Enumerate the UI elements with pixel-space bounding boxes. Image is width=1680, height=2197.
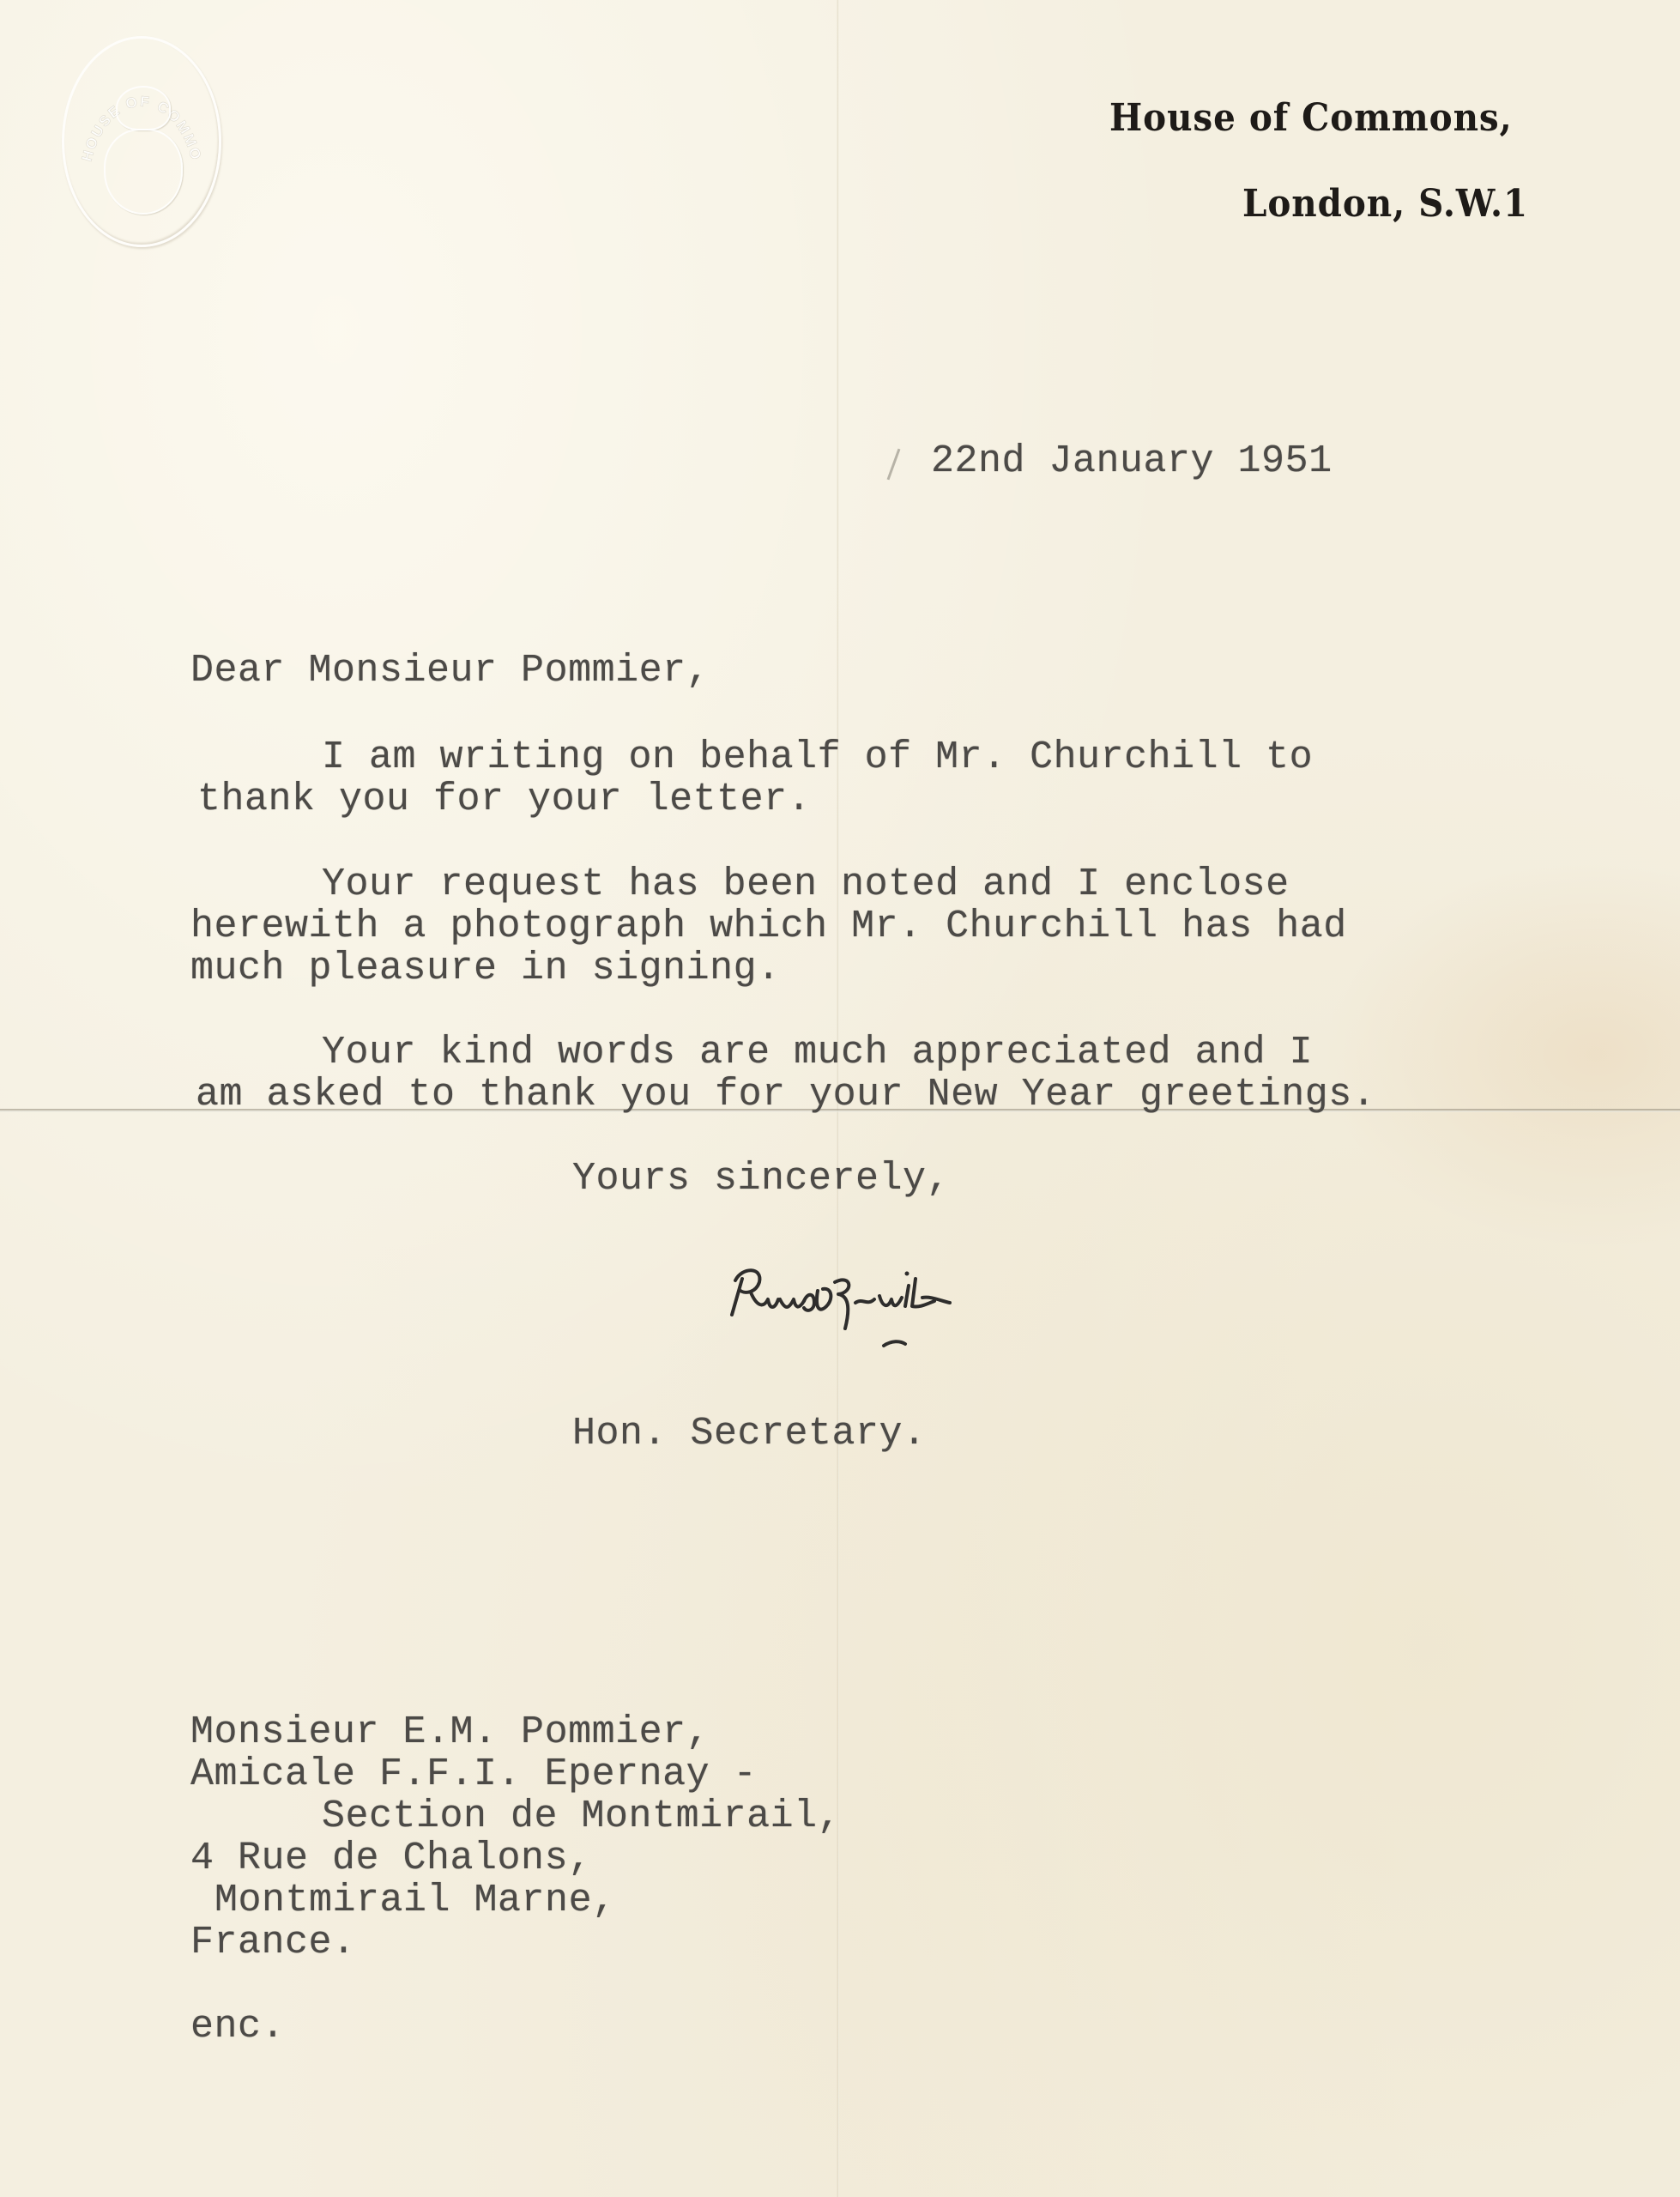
enclosure-note: enc. <box>190 2005 285 2049</box>
paragraph-3-line-1: Your kind words are much appreciated and… <box>322 1031 1313 1074</box>
address-line-4: 4 Rue de Chalons, <box>190 1837 592 1880</box>
address-line-3: Section de Montmirail, <box>322 1795 841 1838</box>
portcullis-icon <box>104 129 183 215</box>
paragraph-2-line-3: much pleasure in signing. <box>190 947 781 990</box>
address-line-5: Montmirail Marne, <box>215 1879 616 1922</box>
crest-icon <box>109 86 174 215</box>
letter-date: 22nd January 1951 <box>931 439 1333 483</box>
paragraph-1-line-1: I am writing on behalf of Mr. Churchill … <box>322 735 1313 779</box>
embossed-seal-icon: HOUSE OF COMMONS <box>62 36 221 247</box>
address-line-1: Monsieur E.M. Pommier, <box>190 1710 710 1754</box>
address-line-2: Amicale F.F.I. Epernay - <box>190 1752 757 1796</box>
address-line-6: France. <box>190 1921 356 1964</box>
crown-icon <box>116 86 171 130</box>
salutation: Dear Monsieur Pommier, <box>190 649 710 693</box>
paragraph-2-line-2: herewith a photograph which Mr. Churchil… <box>190 905 1347 948</box>
signatory-title: Hon. Secretary. <box>572 1412 927 1456</box>
paragraph-1-line-2: thank you for your letter. <box>197 778 811 821</box>
pencil-mark <box>887 449 901 481</box>
letterhead-line-1: House of Commons, <box>1109 96 1513 140</box>
letterhead-line-2: London, S.W.1 <box>1242 182 1528 226</box>
paragraph-2-line-1: Your request has been noted and I enclos… <box>322 862 1290 906</box>
handwritten-signature-icon <box>725 1262 965 1356</box>
paragraph-3-line-2: am asked to thank you for your New Year … <box>196 1073 1375 1117</box>
closing: Yours sincerely, <box>572 1157 950 1201</box>
